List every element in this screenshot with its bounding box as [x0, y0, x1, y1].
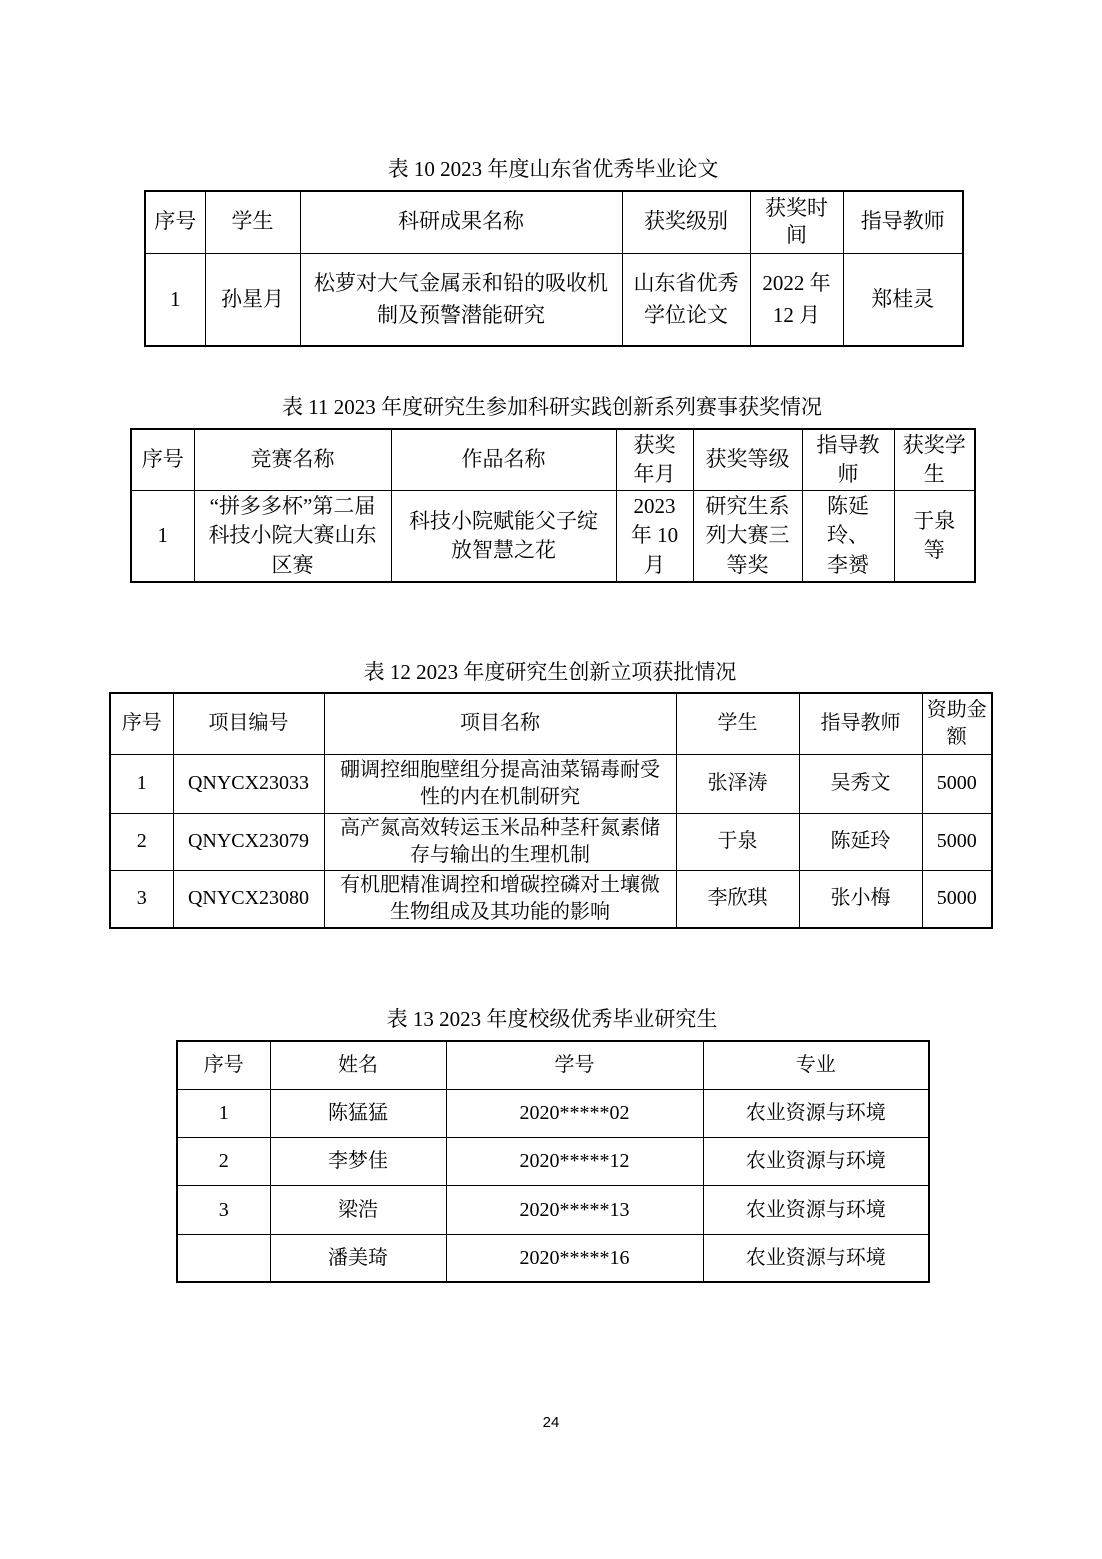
- table-cell: 有机肥精准调控和增碳控磷对土壤微 生物组成及其功能的影响: [324, 870, 676, 928]
- table-row: 3 梁浩 2020*****13 农业资源与环境: [177, 1185, 929, 1234]
- header-cell: 序号: [145, 191, 205, 253]
- table-cell: 1: [177, 1089, 270, 1137]
- table-cell: “拼多多杯”第二届 科技小院大赛山东 区赛: [194, 490, 391, 582]
- header-cell: 竞赛名称: [194, 429, 391, 490]
- header-cell: 指导教师: [799, 693, 922, 754]
- header-cell: 学号: [446, 1041, 703, 1089]
- table-12-title: 表 12 2023 年度研究生创新立项获批情况: [109, 659, 991, 685]
- table-cell: 3: [110, 870, 173, 928]
- header-cell: 学生: [676, 693, 799, 754]
- table-cell: 李梦佳: [270, 1137, 446, 1185]
- table-12-header-row: 序号 项目编号 项目名称 学生 指导教师 资助金 额: [110, 693, 992, 754]
- table-cell: 孙星月: [205, 253, 300, 346]
- table-cell: 1: [110, 754, 173, 813]
- header-cell: 获奖 年月: [616, 429, 693, 490]
- table-13-title: 表 13 2023 年度校级优秀毕业研究生: [176, 1006, 928, 1032]
- table-cell: 陈猛猛: [270, 1089, 446, 1137]
- table-12: 序号 项目编号 项目名称 学生 指导教师 资助金 额 1 QNYCX23033 …: [109, 692, 993, 929]
- table-10: 序号 学生 科研成果名称 获奖级别 获奖时 间 指导教师 1 孙星月 松萝对大气…: [144, 190, 964, 347]
- page-number: 24: [0, 1414, 1102, 1431]
- header-cell: 序号: [110, 693, 173, 754]
- table-cell: 硼调控细胞壁组分提高油菜镉毒耐受 性的内在机制研究: [324, 754, 676, 813]
- table-cell: 山东省优秀 学位论文: [622, 253, 750, 346]
- table-cell: 陈延玲、 李赟: [802, 490, 894, 582]
- table-cell: 5000: [922, 754, 992, 813]
- table-cell: 5000: [922, 813, 992, 870]
- table-cell: 李欣琪: [676, 870, 799, 928]
- table-row: 1 陈猛猛 2020*****02 农业资源与环境: [177, 1089, 929, 1137]
- table-13-header-row: 序号 姓名 学号 专业: [177, 1041, 929, 1089]
- table-cell: 3: [177, 1185, 270, 1234]
- table-cell: 农业资源与环境: [703, 1185, 929, 1234]
- table-cell: 5000: [922, 870, 992, 928]
- table-cell: 农业资源与环境: [703, 1234, 929, 1282]
- table-row: 潘美琦 2020*****16 农业资源与环境: [177, 1234, 929, 1282]
- table-cell: QNYCX23080: [173, 870, 324, 928]
- table-cell: 于泉: [676, 813, 799, 870]
- header-cell: 获奖时 间: [750, 191, 843, 253]
- table-cell: 张泽涛: [676, 754, 799, 813]
- header-cell: 获奖学 生: [894, 429, 975, 490]
- header-cell: 作品名称: [391, 429, 616, 490]
- table-cell: QNYCX23033: [173, 754, 324, 813]
- table-cell: 梁浩: [270, 1185, 446, 1234]
- table-10-title: 表 10 2023 年度山东省优秀毕业论文: [144, 156, 962, 182]
- table-cell: 农业资源与环境: [703, 1137, 929, 1185]
- table-cell: 郑桂灵: [843, 253, 963, 346]
- table-cell: 2020*****02: [446, 1089, 703, 1137]
- table-row: 3 QNYCX23080 有机肥精准调控和增碳控磷对土壤微 生物组成及其功能的影…: [110, 870, 992, 928]
- header-cell: 项目名称: [324, 693, 676, 754]
- table-cell: 张小梅: [799, 870, 922, 928]
- table-cell: 研究生系 列大赛三 等奖: [693, 490, 802, 582]
- table-row: 1 孙星月 松萝对大气金属汞和铅的吸收机 制及预警潜能研究 山东省优秀 学位论文…: [145, 253, 963, 346]
- table-row: 2 QNYCX23079 高产氮高效转运玉米品种茎秆氮素储 存与输出的生理机制 …: [110, 813, 992, 870]
- header-cell: 指导教 师: [802, 429, 894, 490]
- table-10-header-row: 序号 学生 科研成果名称 获奖级别 获奖时 间 指导教师: [145, 191, 963, 253]
- header-cell: 获奖等级: [693, 429, 802, 490]
- table-cell: 松萝对大气金属汞和铅的吸收机 制及预警潜能研究: [300, 253, 622, 346]
- table-row: 1 QNYCX23033 硼调控细胞壁组分提高油菜镉毒耐受 性的内在机制研究 张…: [110, 754, 992, 813]
- header-cell: 资助金 额: [922, 693, 992, 754]
- table-cell: 2020*****12: [446, 1137, 703, 1185]
- header-cell: 学生: [205, 191, 300, 253]
- table-cell: 2: [177, 1137, 270, 1185]
- table-cell: 2022 年 12 月: [750, 253, 843, 346]
- header-cell: 姓名: [270, 1041, 446, 1089]
- table-cell: QNYCX23079: [173, 813, 324, 870]
- header-cell: 指导教师: [843, 191, 963, 253]
- table-cell: [177, 1234, 270, 1282]
- table-cell: 科技小院赋能父子绽 放智慧之花: [391, 490, 616, 582]
- table-cell: 1: [131, 490, 194, 582]
- header-cell: 项目编号: [173, 693, 324, 754]
- table-cell: 农业资源与环境: [703, 1089, 929, 1137]
- table-cell: 1: [145, 253, 205, 346]
- table-cell: 2023 年 10 月: [616, 490, 693, 582]
- table-cell: 陈延玲: [799, 813, 922, 870]
- table-11-header-row: 序号 竞赛名称 作品名称 获奖 年月 获奖等级 指导教 师 获奖学 生: [131, 429, 975, 490]
- header-cell: 序号: [131, 429, 194, 490]
- table-cell: 于泉 等: [894, 490, 975, 582]
- table-row: 2 李梦佳 2020*****12 农业资源与环境: [177, 1137, 929, 1185]
- table-13: 序号 姓名 学号 专业 1 陈猛猛 2020*****02 农业资源与环境 2 …: [176, 1040, 930, 1283]
- header-cell: 序号: [177, 1041, 270, 1089]
- table-11-title: 表 11 2023 年度研究生参加科研实践创新系列赛事获奖情况: [130, 394, 974, 420]
- table-11: 序号 竞赛名称 作品名称 获奖 年月 获奖等级 指导教 师 获奖学 生 1 “拼…: [130, 428, 976, 583]
- table-row: 1 “拼多多杯”第二届 科技小院大赛山东 区赛 科技小院赋能父子绽 放智慧之花 …: [131, 490, 975, 582]
- table-cell: 高产氮高效转运玉米品种茎秆氮素储 存与输出的生理机制: [324, 813, 676, 870]
- document-page: 表 10 2023 年度山东省优秀毕业论文 序号 学生 科研成果名称 获奖级别 …: [0, 0, 1102, 1559]
- table-cell: 2020*****16: [446, 1234, 703, 1282]
- table-cell: 2020*****13: [446, 1185, 703, 1234]
- table-cell: 吴秀文: [799, 754, 922, 813]
- header-cell: 专业: [703, 1041, 929, 1089]
- table-cell: 2: [110, 813, 173, 870]
- header-cell: 科研成果名称: [300, 191, 622, 253]
- header-cell: 获奖级别: [622, 191, 750, 253]
- table-cell: 潘美琦: [270, 1234, 446, 1282]
